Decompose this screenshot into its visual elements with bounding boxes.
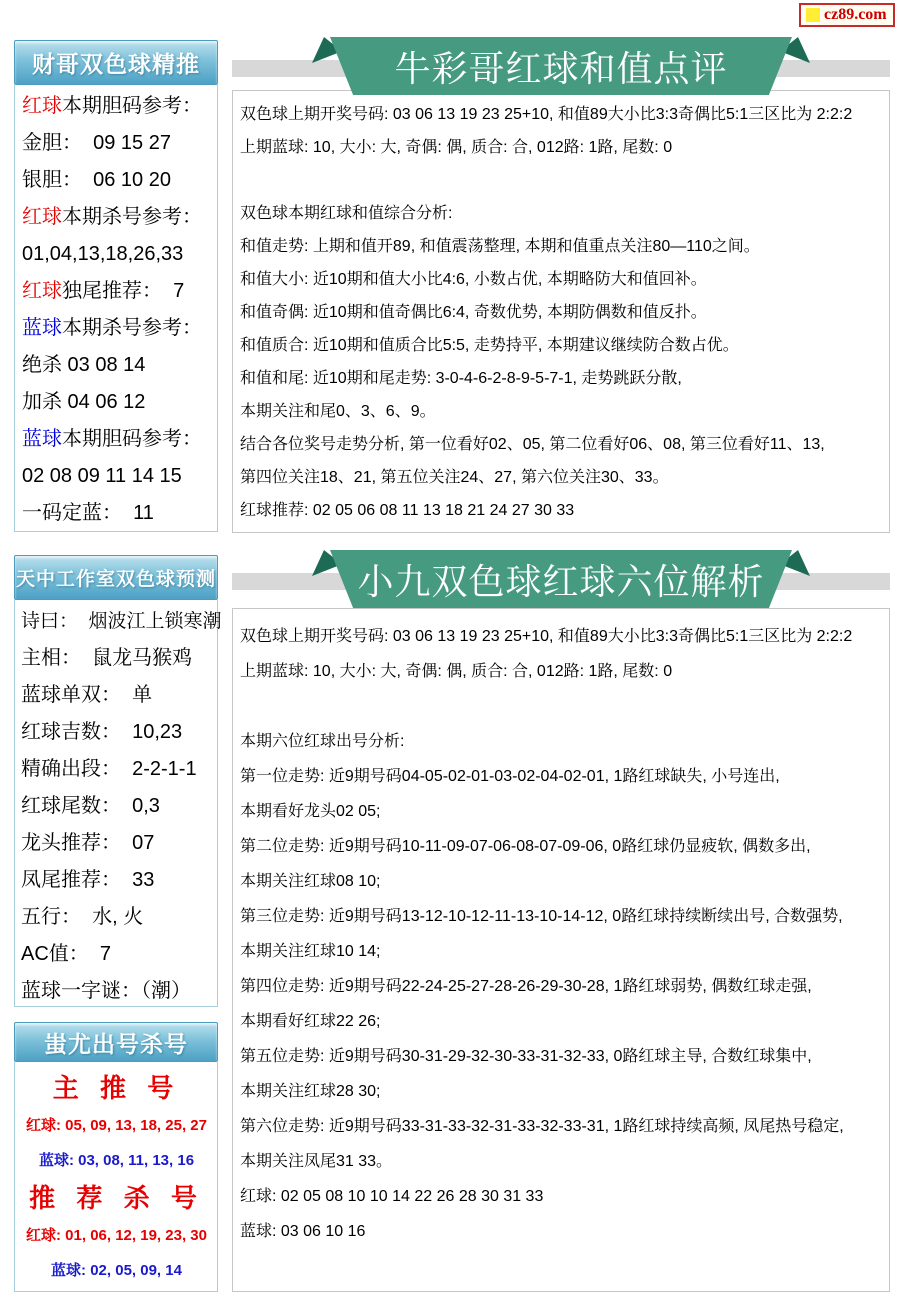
- line-text: 本期胆码参考：: [62, 428, 202, 450]
- line-text: 加杀 04 06 12: [22, 391, 145, 413]
- list-item: AC值： 7: [21, 936, 211, 973]
- text-line: 本期关注凤尾31 33。: [240, 1144, 885, 1179]
- section1-body: 双色球上期开奖号码: 03 06 13 19 23 25+10, 和值89大小比…: [232, 90, 890, 533]
- text-line: 和值走势: 上期和值开89, 和值震荡整理, 本期和值重点关注80—110之间。: [240, 230, 885, 263]
- text-line: 第一位走势: 近9期号码04-05-02-01-03-02-04-02-01, …: [240, 759, 885, 794]
- panel-tianzhong-header: 天中工作室双色球预测: [14, 555, 218, 600]
- panel-chiyou-body: 主 推 号 红球: 05, 09, 13, 18, 25, 27 蓝球: 03,…: [14, 1062, 218, 1292]
- list-item: 红球独尾推荐： 7: [22, 273, 211, 310]
- main-picks-blue: 蓝球: 03, 08, 11, 13, 16: [22, 1143, 211, 1178]
- text-line: 本期关注红球08 10;: [240, 864, 885, 899]
- label-red-ball: 红球: [22, 280, 62, 302]
- list-item: 02 08 09 11 14 15: [22, 458, 211, 495]
- section1-title: 牛彩哥红球和值点评: [330, 37, 792, 95]
- list-item: 凤尾推荐： 33: [21, 862, 211, 899]
- text-line: 双色球本期红球和值综合分析:: [240, 197, 885, 230]
- list-item: 金胆： 09 15 27: [22, 125, 211, 162]
- text-line: 第四位走势: 近9期号码22-24-25-27-28-26-29-30-28, …: [240, 969, 885, 1004]
- section2-banner: 小九双色球红球六位解析: [232, 548, 890, 610]
- list-item: 红球本期胆码参考：: [22, 88, 211, 125]
- text-line: 第五位走势: 近9期号码30-31-29-32-30-33-31-32-33, …: [240, 1039, 885, 1074]
- label-red-ball: 红球: [22, 206, 62, 228]
- list-item: 蓝球本期胆码参考：: [22, 421, 211, 458]
- list-item: 一码定蓝： 11: [22, 495, 211, 532]
- text-line: 第三位走势: 近9期号码13-12-10-12-11-13-10-14-12, …: [240, 899, 885, 934]
- list-item: 红球吉数： 10,23: [21, 714, 211, 751]
- panel-chiyou: 蚩尤出号杀号 主 推 号 红球: 05, 09, 13, 18, 25, 27 …: [14, 1022, 218, 1292]
- site-logo[interactable]: cz89.com: [799, 3, 895, 27]
- list-item: 诗曰： 烟波江上锁寒潮: [21, 603, 211, 640]
- label-red-ball: 红球: [22, 95, 62, 117]
- text-line: 红球推荐: 02 05 06 08 11 13 18 21 24 27 30 3…: [240, 494, 885, 527]
- line-text: 独尾推荐： 7: [62, 280, 184, 302]
- text-line: 红球: 02 05 08 10 10 14 22 26 28 30 31 33: [240, 1179, 885, 1214]
- text-line: 蓝球: 03 06 10 16: [240, 1214, 885, 1249]
- panel-caige-body: 红球本期胆码参考： 金胆： 09 15 27 银胆： 06 10 20 红球本期…: [14, 85, 218, 532]
- text-line: 本期关注红球10 14;: [240, 934, 885, 969]
- list-item: 红球尾数： 0,3: [21, 788, 211, 825]
- text-line: 本期关注红球28 30;: [240, 1074, 885, 1109]
- line-text: 02 08 09 11 14 15: [22, 465, 182, 487]
- blank-line: [240, 164, 885, 197]
- list-item: 五行： 水, 火: [21, 899, 211, 936]
- list-item: 精确出段： 2-2-1-1: [21, 751, 211, 788]
- list-item: 龙头推荐： 07: [21, 825, 211, 862]
- list-item: 01,04,13,18,26,33: [22, 236, 211, 273]
- line-text: 本期杀号参考：: [62, 206, 202, 228]
- text-line: 本期看好龙头02 05;: [240, 794, 885, 829]
- line-text: 本期胆码参考：: [62, 95, 202, 117]
- text-line: 第六位走势: 近9期号码33-31-33-32-31-33-32-33-31, …: [240, 1109, 885, 1144]
- panel-caige: 财哥双色球精推 红球本期胆码参考： 金胆： 09 15 27 银胆： 06 10…: [14, 40, 218, 532]
- label-blue-ball: 蓝球: [22, 317, 62, 339]
- blank-line: [240, 689, 885, 724]
- list-item: 蓝球单双： 单: [21, 677, 211, 714]
- panel-caige-header: 财哥双色球精推: [14, 40, 218, 85]
- list-item: 加杀 04 06 12: [22, 384, 211, 421]
- list-item: 红球本期杀号参考：: [22, 199, 211, 236]
- main-picks-red: 红球: 05, 09, 13, 18, 25, 27: [22, 1108, 211, 1143]
- panel-tianzhong-body: 诗曰： 烟波江上锁寒潮 主相： 鼠龙马猴鸡 蓝球单双： 单 红球吉数： 10,2…: [14, 600, 218, 1007]
- kill-picks-blue: 蓝球: 02, 05, 09, 14: [22, 1253, 211, 1288]
- list-item: 蓝球本期杀号参考：: [22, 310, 211, 347]
- line-text: 银胆： 06 10 20: [22, 169, 171, 191]
- list-item: 银胆： 06 10 20: [22, 162, 211, 199]
- logo-square-icon: [806, 8, 820, 22]
- text-line: 和值大小: 近10期和值大小比4:6, 小数占优, 本期略防大和值回补。: [240, 263, 885, 296]
- page: cz89.com 财哥双色球精推 红球本期胆码参考： 金胆： 09 15 27 …: [0, 0, 900, 1298]
- list-item: 主相： 鼠龙马猴鸡: [21, 640, 211, 677]
- section2-body: 双色球上期开奖号码: 03 06 13 19 23 25+10, 和值89大小比…: [232, 608, 890, 1292]
- line-text: 金胆： 09 15 27: [22, 132, 171, 154]
- kill-picks-heading: 推 荐 杀 号: [22, 1178, 211, 1218]
- section1-banner: 牛彩哥红球和值点评: [232, 35, 890, 97]
- text-line: 上期蓝球: 10, 大小: 大, 奇偶: 偶, 质合: 合, 012路: 1路,…: [240, 131, 885, 164]
- text-line: 本期六位红球出号分析:: [240, 724, 885, 759]
- text-line: 第二位走势: 近9期号码10-11-09-07-06-08-07-09-06, …: [240, 829, 885, 864]
- text-line: 本期看好红球22 26;: [240, 1004, 885, 1039]
- text-line: 上期蓝球: 10, 大小: 大, 奇偶: 偶, 质合: 合, 012路: 1路,…: [240, 654, 885, 689]
- section2-title: 小九双色球红球六位解析: [330, 550, 792, 608]
- text-line: 第四位关注18、21, 第五位关注24、27, 第六位关注30、33。: [240, 461, 885, 494]
- text-line: 双色球上期开奖号码: 03 06 13 19 23 25+10, 和值89大小比…: [240, 619, 885, 654]
- list-item: 蓝球一字谜：（潮）: [21, 973, 211, 1010]
- text-line: 和值和尾: 近10期和尾走势: 3-0-4-6-2-8-9-5-7-1, 走势跳…: [240, 362, 885, 395]
- panel-tianzhong: 天中工作室双色球预测 诗曰： 烟波江上锁寒潮 主相： 鼠龙马猴鸡 蓝球单双： 单…: [14, 555, 218, 1007]
- line-text: 01,04,13,18,26,33: [22, 243, 183, 265]
- text-line: 结合各位奖号走势分析, 第一位看好02、05, 第二位看好06、08, 第三位看…: [240, 428, 885, 461]
- line-text: 本期杀号参考：: [62, 317, 202, 339]
- logo-text: cz89.com: [824, 7, 887, 23]
- line-text: 一码定蓝： 11: [22, 502, 154, 524]
- list-item: 绝杀 03 08 14: [22, 347, 211, 384]
- panel-chiyou-header: 蚩尤出号杀号: [14, 1022, 218, 1062]
- text-line: 和值质合: 近10期和值质合比5:5, 走势持平, 本期建议继续防合数占优。: [240, 329, 885, 362]
- label-blue-ball: 蓝球: [22, 428, 62, 450]
- text-line: 本期关注和尾0、3、6、9。: [240, 395, 885, 428]
- kill-picks-red: 红球: 01, 06, 12, 19, 23, 30: [22, 1218, 211, 1253]
- main-picks-heading: 主 推 号: [22, 1068, 211, 1108]
- text-line: 和值奇偶: 近10期和值奇偶比6:4, 奇数优势, 本期防偶数和值反扑。: [240, 296, 885, 329]
- line-text: 绝杀 03 08 14: [22, 354, 145, 376]
- text-line: 双色球上期开奖号码: 03 06 13 19 23 25+10, 和值89大小比…: [240, 98, 885, 131]
